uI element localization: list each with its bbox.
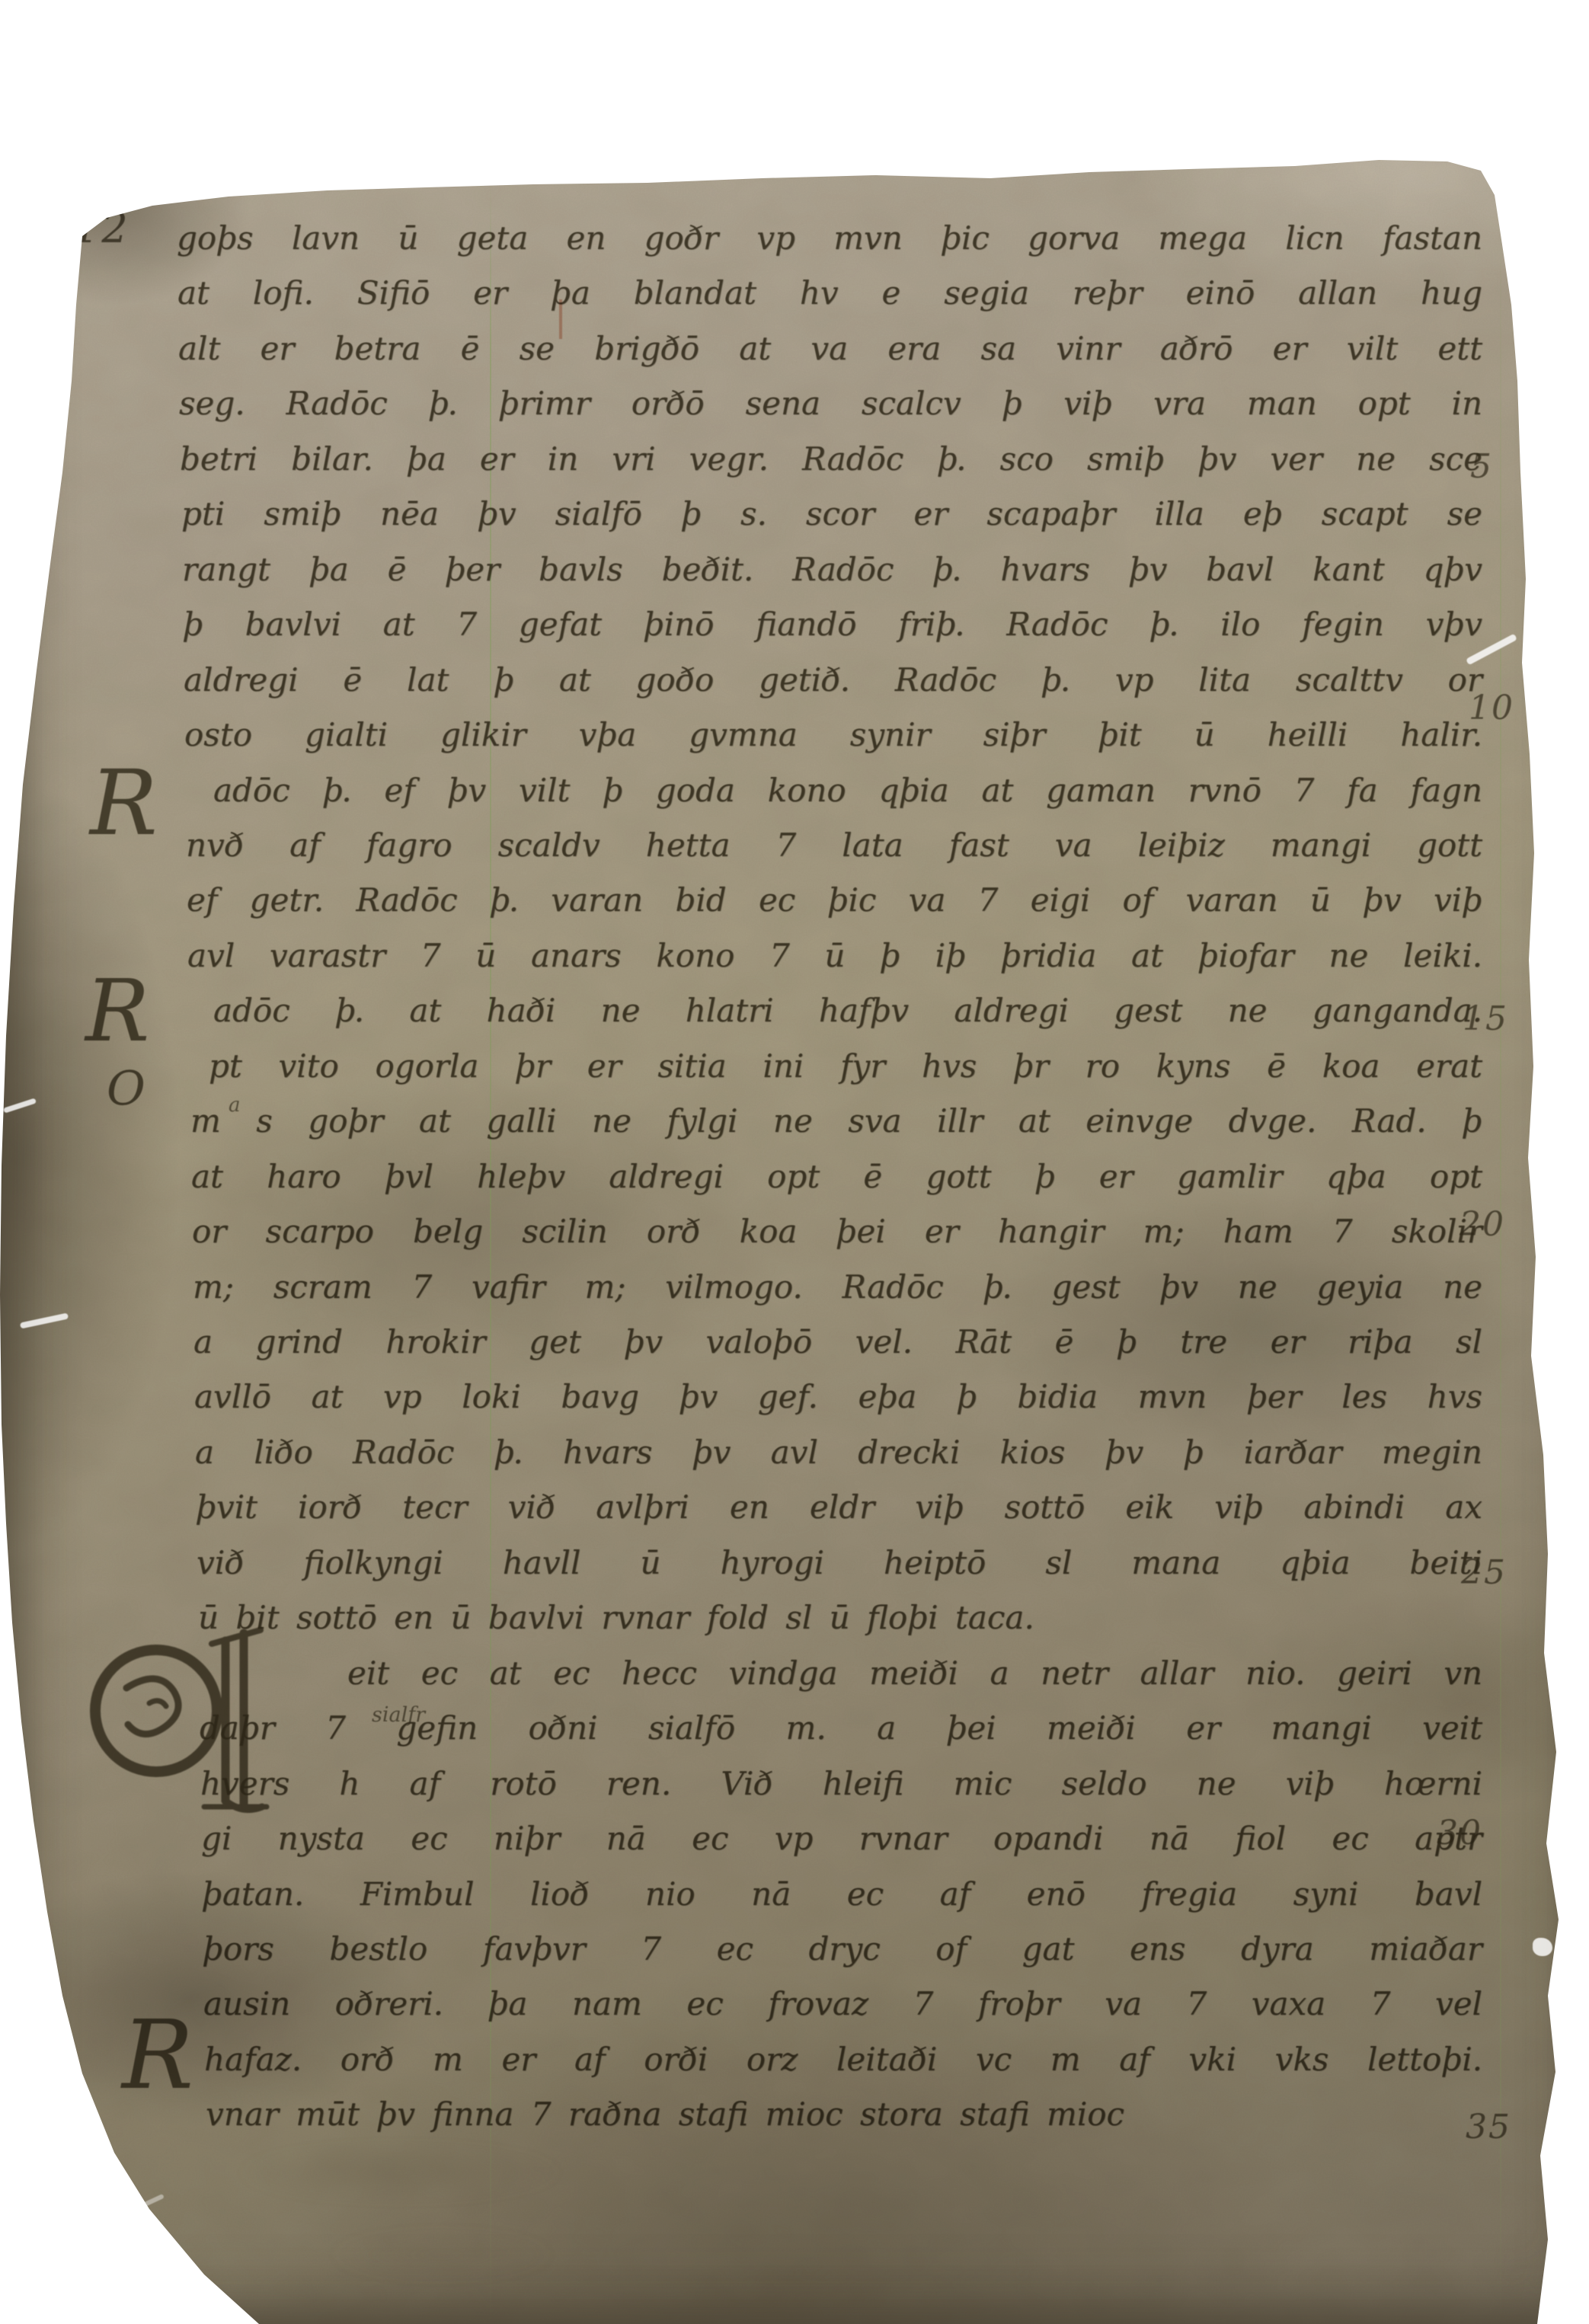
margin-line-number: 25 [1461,1553,1530,1592]
manuscript-line: ef getr. Radōc þ. varan bid ec þic va 7 … [187,881,1482,936]
manuscript-line: rangt þa ē þer bavls beðit. Radōc þ. hva… [182,551,1482,606]
margin-line-number: 10 [1469,689,1537,727]
manuscript-line: eit ec at ec hecc vindga meiði a netr al… [347,1654,1482,1709]
manuscript-line: at lofi. Sifiō er þa blandat hv e segia … [177,274,1482,329]
manuscript-line: m; scram 7 vafir m; vilmogo. Radōc þ. ge… [193,1268,1482,1323]
margin-line-number: 15 [1463,999,1531,1038]
parchment-page: 12 goþs lavn ū geta en goðr vp mvn þic g… [0,0,1589,2324]
manuscript-line: ū bit sottō en ū bavlvi rvnar fold sl ū … [198,1599,1482,1654]
manuscript-line: þvit iorð tecr við avlþri en eldr viþ so… [196,1488,1482,1543]
manuscript-line: aldregi ē lat þ at goðo getið. Radōc þ. … [184,661,1482,716]
manuscript-line: avl varastr 7 ū anars kono 7 ū þ iþ þrid… [187,937,1482,992]
manuscript-line: þors bestlo favþvr 7 ec dryc of gat ens … [203,1930,1482,1985]
interlinear-gloss: sialfr [372,1703,425,1727]
manuscript-line: gi nysta ec niþr nā ec vp rvnar opandi n… [201,1820,1482,1875]
manuscript-line: betri bilar. þa er in vri vegr. Radōc þ.… [180,440,1482,495]
manuscript-line: ausin oðreri. þa nam ec frovaz 7 froþr v… [203,1985,1482,2040]
marginal-initial-R: R [85,969,149,1054]
manuscript-line: seg. Radōc þ. þrimr orðō sena scalcv þ v… [179,385,1482,440]
manuscript-line: pti smiþ nēa þv sialfō þ s. scor er scap… [181,495,1482,550]
manuscript-line: a liðo Radōc þ. hvars þv avl drecki kios… [195,1434,1482,1488]
marginal-initial-O: O [107,1065,145,1112]
text-block: 12 goþs lavn ū geta en goðr vp mvn þic g… [0,0,1589,2324]
marginal-initial-R: R [122,2008,193,2103]
initial-V-ornament [76,1621,366,1849]
manuscript-line: adōc þ. ef þv vilt þ goda kono qþia at g… [213,772,1482,826]
manuscript-photo: 12 goþs lavn ū geta en goðr vp mvn þic g… [0,0,1589,2324]
manuscript-line: vnar mūt þv finna 7 raðna stafi mioc sto… [206,2095,1482,2150]
manuscript-line: við fiolkyngi havll ū hyrogi heiptō sl m… [197,1544,1482,1599]
manuscript-line: alt er betra ē se brigðō at va era sa vi… [178,330,1482,385]
manuscript-line: þ bavlvi at 7 gefat þinō fiandō friþ. Ra… [183,606,1482,660]
manuscript-line: pt vito ogorla þr er sitia ini fyr hvs þ… [209,1047,1482,1102]
manuscript-line: hvers h af rotō ren. Við hleifi mic seld… [200,1765,1482,1820]
margin-line-number: 20 [1460,1205,1528,1244]
manuscript-line: hafaz. orð m er af orði orz leitaði vc m… [204,2041,1482,2095]
manuscript-line: adōc þ. at haði ne hlatri hafþv aldregi … [213,992,1482,1047]
page-number: 12 [73,204,130,252]
manuscript-line: osto gialti glikir vþa gvmna synir siþr … [184,716,1482,771]
manuscript-line: or scarpo belg scilin orð koa þei er han… [192,1213,1482,1267]
manuscript-line: at haro þvl hleþv aldregi opt ē gott þ e… [191,1158,1482,1213]
manuscript-line: a grind hrokir get þv valoþō vel. Rāt ē … [193,1323,1482,1378]
interlinear-gloss: a [229,1094,241,1117]
manuscript-line: m s goþr at galli ne fylgi ne sva illr a… [190,1102,1482,1157]
manuscript-line: avllō at vp loki bavg þv gef. eþa þ bidi… [194,1378,1482,1433]
margin-line-number: 35 [1466,2108,1534,2147]
manuscript-line: goþs lavn ū geta en goðr vp mvn þic gorv… [177,219,1482,274]
manuscript-line: nvð af fagro scaldv hetta 7 lata fast va… [186,826,1482,881]
marginal-initial-R: R [90,758,158,848]
margin-line-number: 5 [1470,447,1539,486]
margin-line-number: 30 [1437,1814,1505,1852]
manuscript-line: þatan. Fimbul lioð nio nā ec af enō freg… [202,1875,1482,1930]
